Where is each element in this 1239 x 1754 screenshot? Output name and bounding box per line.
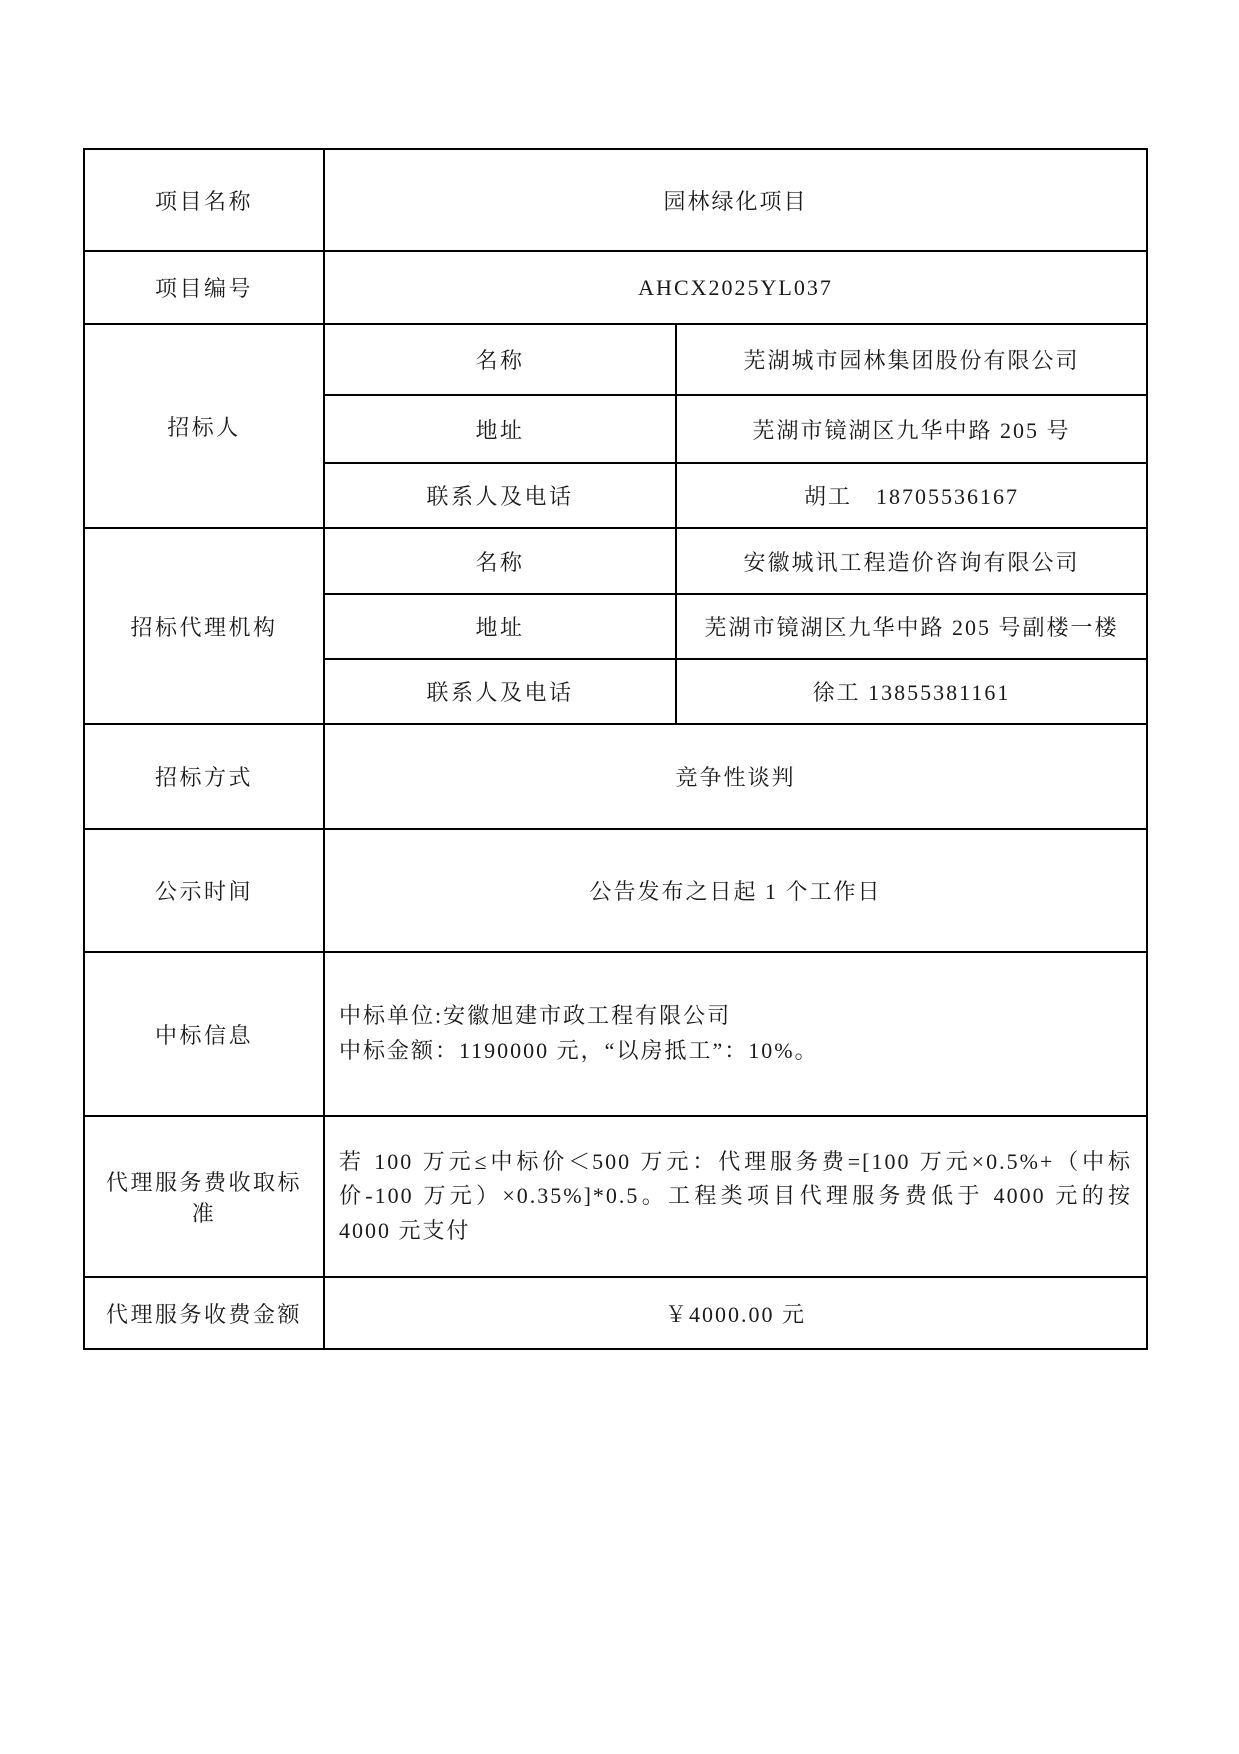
- agency-address-value: 芜湖市镜湖区九华中路 205 号副楼一楼: [676, 594, 1147, 659]
- tender-info-table: 项目名称 园林绿化项目 项目编号 AHCX2025YL037 招标人 名称 芜湖…: [83, 148, 1148, 1350]
- project-number-label: 项目编号: [84, 251, 324, 324]
- agency-name-value: 安徽城讯工程造价咨询有限公司: [676, 528, 1147, 594]
- agency-address-label: 地址: [324, 594, 676, 659]
- project-number-value: AHCX2025YL037: [324, 251, 1147, 324]
- row-agency-fee-standard: 代理服务费收取标准 若 100 万元≤中标价＜500 万元：代理服务费=[100…: [84, 1116, 1147, 1277]
- agency-contact-value: 徐工 13855381161: [676, 659, 1147, 724]
- agency-fee-amount-label: 代理服务收费金额: [84, 1277, 324, 1349]
- tenderer-address-value: 芜湖市镜湖区九华中路 205 号: [676, 395, 1147, 463]
- tenderer-name-label: 名称: [324, 324, 676, 395]
- row-project-number: 项目编号 AHCX2025YL037: [84, 251, 1147, 324]
- tender-method-label: 招标方式: [84, 724, 324, 829]
- row-publicity-period: 公示时间 公告发布之日起 1 个工作日: [84, 829, 1147, 952]
- tenderer-address-label: 地址: [324, 395, 676, 463]
- award-info-value: 中标单位:安徽旭建市政工程有限公司 中标金额：1190000 元，“以房抵工”：…: [324, 952, 1147, 1116]
- publicity-period-value: 公告发布之日起 1 个工作日: [324, 829, 1147, 952]
- project-name-label: 项目名称: [84, 149, 324, 251]
- agency-label: 招标代理机构: [84, 528, 324, 724]
- document-page: 项目名称 园林绿化项目 项目编号 AHCX2025YL037 招标人 名称 芜湖…: [0, 0, 1239, 1754]
- agency-fee-standard-value: 若 100 万元≤中标价＜500 万元：代理服务费=[100 万元×0.5%+（…: [324, 1116, 1147, 1277]
- award-info-line-winner: 中标单位:安徽旭建市政工程有限公司: [339, 999, 1132, 1034]
- row-agency-fee-amount: 代理服务收费金额 ￥4000.00 元: [84, 1277, 1147, 1349]
- agency-fee-amount-value: ￥4000.00 元: [324, 1277, 1147, 1349]
- row-project-name: 项目名称 园林绿化项目: [84, 149, 1147, 251]
- tenderer-contact-value: 胡工 18705536167: [676, 463, 1147, 528]
- row-agency-name: 招标代理机构 名称 安徽城讯工程造价咨询有限公司: [84, 528, 1147, 594]
- award-info-label: 中标信息: [84, 952, 324, 1116]
- tenderer-name-value: 芜湖城市园林集团股份有限公司: [676, 324, 1147, 395]
- row-award-info: 中标信息 中标单位:安徽旭建市政工程有限公司 中标金额：1190000 元，“以…: [84, 952, 1147, 1116]
- agency-name-label: 名称: [324, 528, 676, 594]
- agency-fee-standard-label: 代理服务费收取标准: [84, 1116, 324, 1277]
- project-name-value: 园林绿化项目: [324, 149, 1147, 251]
- publicity-period-label: 公示时间: [84, 829, 324, 952]
- row-tenderer-name: 招标人 名称 芜湖城市园林集团股份有限公司: [84, 324, 1147, 395]
- tenderer-label: 招标人: [84, 324, 324, 528]
- agency-contact-label: 联系人及电话: [324, 659, 676, 724]
- tenderer-contact-label: 联系人及电话: [324, 463, 676, 528]
- row-tender-method: 招标方式 竞争性谈判: [84, 724, 1147, 829]
- tender-method-value: 竞争性谈判: [324, 724, 1147, 829]
- award-info-line-amount: 中标金额：1190000 元，“以房抵工”：10%。: [339, 1034, 1132, 1069]
